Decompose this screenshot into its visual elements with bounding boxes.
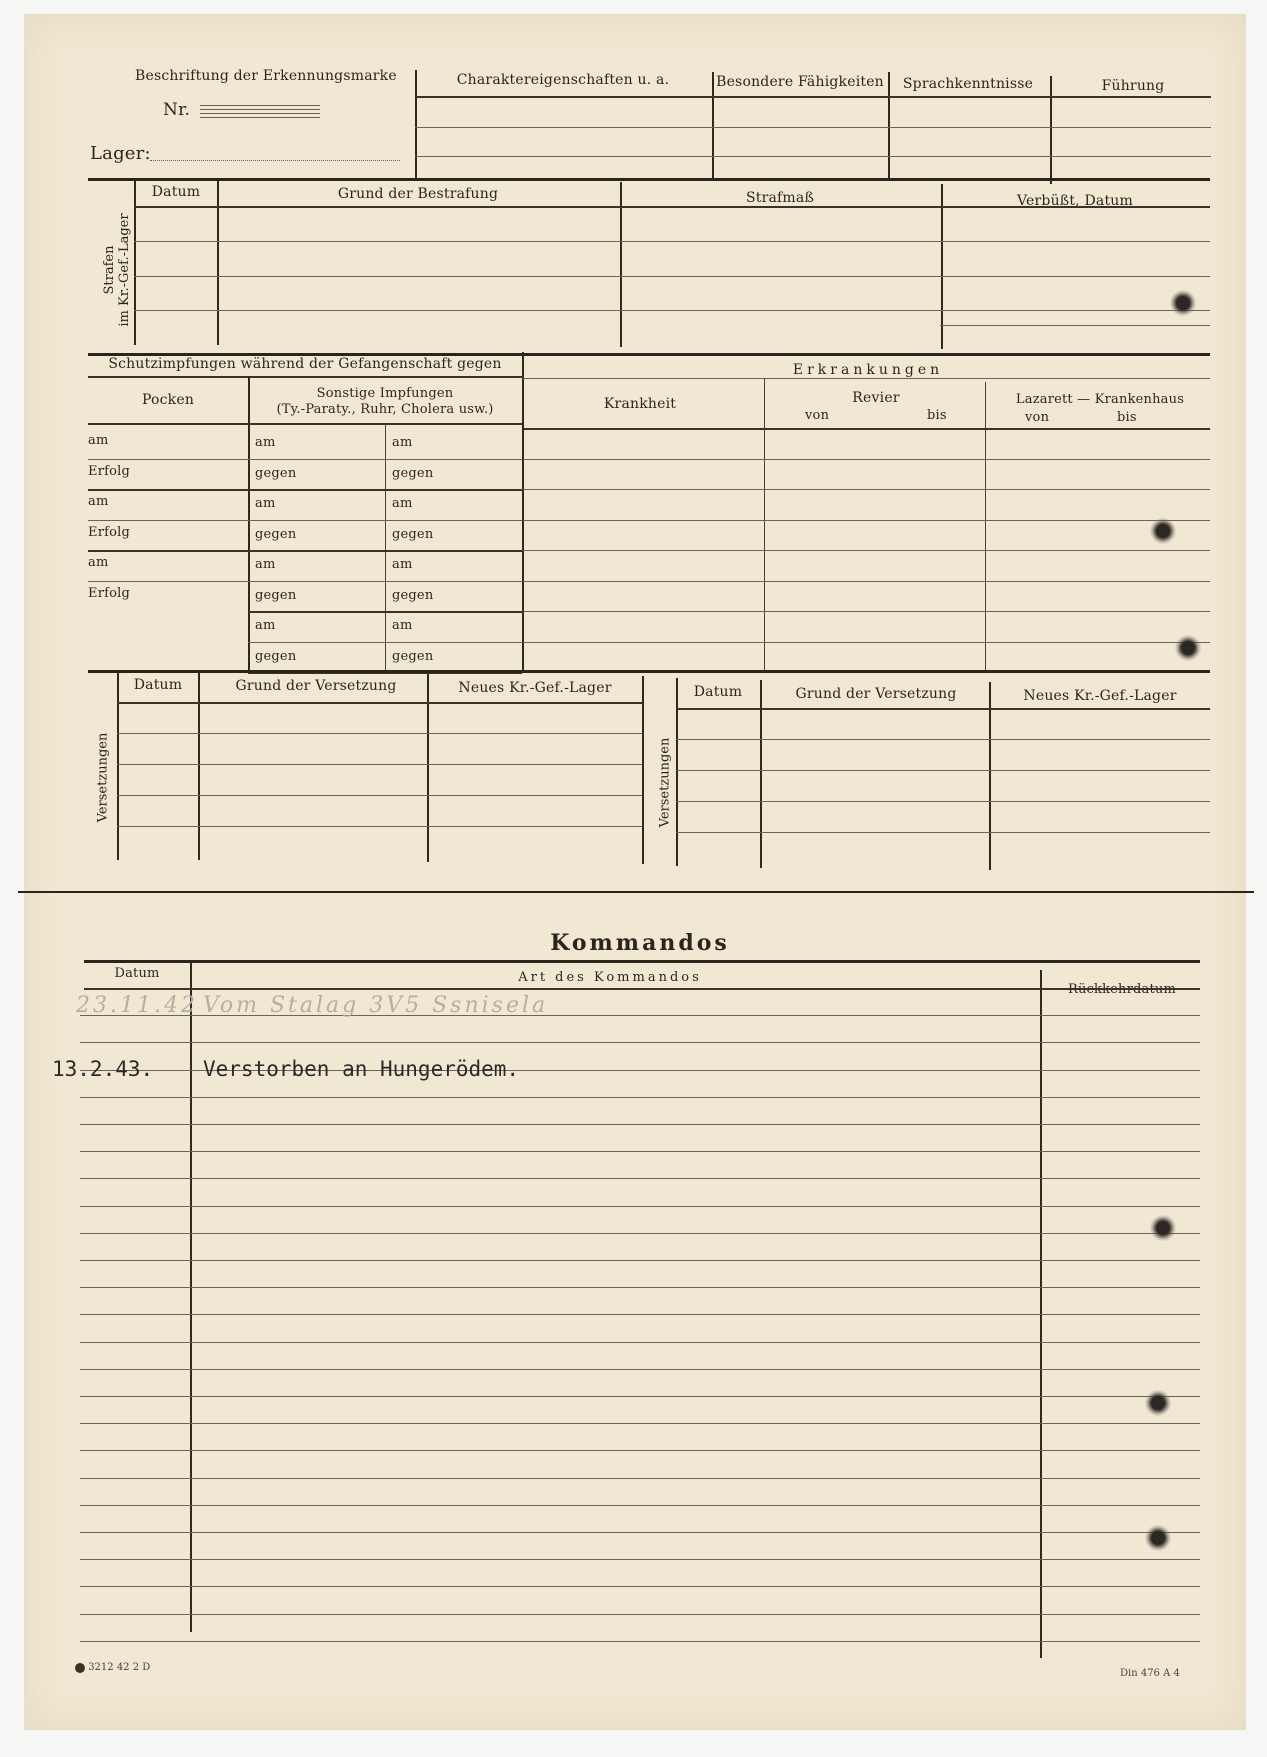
transfer-col-date-right: Datum — [694, 684, 743, 700]
vaccination-other-cell[interactable]: gegen — [255, 588, 296, 603]
kommandos-row[interactable] — [80, 1042, 1200, 1043]
transfer-col-date-left: Datum — [134, 677, 183, 693]
kommandos-entry-date: 13.2.43. — [52, 1057, 153, 1081]
vaccination-other-cell[interactable]: am — [392, 435, 412, 450]
kommandos-row[interactable] — [80, 1450, 1200, 1451]
col-other-vaccinations: Sonstige Impfungen — [317, 386, 454, 401]
lazarett-to-label: bis — [1117, 410, 1137, 425]
kommandos-row[interactable] — [80, 1586, 1200, 1587]
kommandos-entry-text: Verstorben an Hungerödem. — [203, 1057, 519, 1081]
transfer-row[interactable] — [676, 739, 1210, 740]
kommandos-row[interactable] — [80, 1342, 1200, 1343]
nr-label: Nr. — [163, 100, 190, 120]
transfer-row[interactable] — [117, 733, 642, 734]
col-sentence: Strafmaß — [746, 190, 814, 206]
punch-hole — [1170, 290, 1196, 316]
transfer-col-camp-left: Neues Kr.-Gef.-Lager — [458, 680, 611, 696]
transfers-side-label-left: Versetzungen — [96, 723, 111, 833]
illness-row[interactable] — [523, 581, 1210, 582]
col-reason: Grund der Bestrafung — [338, 186, 498, 202]
lazarett-from-label: von — [1025, 410, 1049, 425]
transfer-col-reason-right: Grund der Versetzung — [796, 686, 957, 702]
col-pocken: Pocken — [142, 392, 194, 408]
transfer-col-camp-right: Neues Kr.-Gef.-Lager — [1023, 688, 1176, 704]
punch-hole — [1175, 635, 1201, 661]
vaccination-other-cell[interactable]: am — [392, 618, 412, 633]
form-sheet — [24, 14, 1246, 1730]
vaccination-pocken-cell[interactable]: Erfolg — [88, 464, 130, 479]
vaccination-other-cell[interactable]: am — [255, 496, 275, 511]
vaccination-other-cell[interactable]: gegen — [392, 527, 433, 542]
kommandos-row[interactable] — [80, 1260, 1200, 1261]
revier-to-label: bis — [927, 408, 947, 423]
col-other-vaccinations-note: (Ty.-Paraty., Ruhr, Cholera usw.) — [276, 402, 493, 417]
din-format: Din 476 A 4 — [1120, 1668, 1180, 1679]
illnesses-title: Erkrankungen — [793, 362, 943, 378]
kommandos-row[interactable] — [80, 1124, 1200, 1125]
punch-hole — [1145, 1525, 1171, 1551]
punishments-side-label: Strafenim Kr.-Gef.-Lager — [102, 205, 132, 335]
illness-row[interactable] — [523, 550, 1210, 551]
transfer-row[interactable] — [117, 826, 642, 827]
vaccination-other-cell[interactable]: gegen — [392, 649, 433, 664]
transfer-row[interactable] — [676, 770, 1210, 771]
vaccination-other-cell[interactable]: am — [392, 557, 412, 572]
kommandos-row[interactable] — [80, 1151, 1200, 1152]
transfer-row[interactable] — [676, 801, 1210, 802]
transfer-col-reason-left: Grund der Versetzung — [236, 678, 397, 694]
kommandos-row[interactable] — [80, 1369, 1200, 1370]
nr-field[interactable] — [200, 102, 320, 120]
punch-hole — [1145, 1390, 1171, 1416]
tag-inscription-label: Beschriftung der Erkennungsmarke — [135, 68, 397, 84]
camp-label: Lager: — [90, 143, 151, 164]
vaccination-pocken-cell[interactable]: am — [88, 494, 108, 509]
illness-row[interactable] — [523, 520, 1210, 521]
kommandos-row[interactable] — [80, 1097, 1200, 1098]
col-lazarett: Lazarett — Krankenhaus — [1016, 392, 1184, 407]
punch-hole — [1150, 1215, 1176, 1241]
column-character: Charaktereigenschaften u. a. — [457, 72, 670, 88]
kommandos-entry-date: 23.11.42 — [76, 993, 198, 1018]
transfers-side-label-right: Versetzungen — [658, 728, 673, 838]
vaccination-other-cell[interactable]: gegen — [255, 527, 296, 542]
kommandos-row[interactable] — [80, 1614, 1200, 1615]
illness-row[interactable] — [523, 459, 1210, 460]
kommandos-row[interactable] — [80, 1314, 1200, 1315]
kommandos-row[interactable] — [80, 1505, 1200, 1506]
kommandos-title: Kommandos — [550, 930, 730, 956]
illness-row[interactable] — [523, 642, 1210, 643]
vaccination-pocken-cell[interactable]: am — [88, 555, 108, 570]
kommandos-row[interactable] — [80, 1641, 1200, 1642]
kommandos-row[interactable] — [80, 1396, 1200, 1397]
camp-field[interactable] — [150, 160, 400, 161]
column-special-skills: Besondere Fähigkeiten — [716, 74, 884, 90]
col-date: Datum — [152, 184, 201, 200]
kommandos-row[interactable] — [80, 1559, 1200, 1560]
transfer-row[interactable] — [117, 764, 642, 765]
vaccination-other-cell[interactable]: gegen — [392, 588, 433, 603]
illness-row[interactable] — [523, 489, 1210, 490]
illness-row[interactable] — [523, 611, 1210, 612]
vaccination-other-cell[interactable]: am — [255, 618, 275, 633]
vaccination-pocken-cell[interactable]: Erfolg — [88, 586, 130, 601]
column-languages: Sprachkenntnisse — [903, 76, 1033, 92]
revier-from-label: von — [805, 408, 829, 423]
vaccination-other-cell[interactable]: am — [255, 435, 275, 450]
kommandos-row[interactable] — [80, 1233, 1200, 1234]
vaccination-pocken-cell[interactable]: Erfolg — [88, 525, 130, 540]
col-illness: Krankheit — [604, 396, 676, 412]
punch-hole — [1150, 518, 1176, 544]
kommandos-row[interactable] — [80, 1287, 1200, 1288]
vaccination-other-cell[interactable]: am — [255, 557, 275, 572]
vaccination-other-cell[interactable]: gegen — [392, 466, 433, 481]
kommandos-row[interactable] — [80, 1178, 1200, 1179]
vaccination-other-cell[interactable]: am — [392, 496, 412, 511]
col-revier: Revier — [852, 390, 899, 406]
printer-mark-icon — [75, 1663, 85, 1673]
transfer-row[interactable] — [117, 795, 642, 796]
kommandos-col-date: Datum — [114, 966, 159, 981]
kommandos-row[interactable] — [80, 1206, 1200, 1207]
transfer-row[interactable] — [676, 832, 1210, 833]
kommandos-col-type: Art des Kommandos — [518, 970, 702, 985]
kommandos-row[interactable] — [80, 1532, 1200, 1533]
vaccination-pocken-cell[interactable]: am — [88, 433, 108, 448]
vaccination-other-cell[interactable]: gegen — [255, 649, 296, 664]
kommandos-entry-text: Vom Stalag 3V5 Ssnisela — [203, 993, 548, 1018]
vaccinations-title: Schutzimpfungen während der Gefangenscha… — [108, 356, 501, 372]
kommandos-row[interactable] — [80, 1478, 1200, 1479]
print-code: 3212 42 2 D — [75, 1662, 150, 1673]
vaccination-other-cell[interactable]: gegen — [255, 466, 296, 481]
column-conduct: Führung — [1102, 78, 1165, 94]
kommandos-row[interactable] — [80, 1423, 1200, 1424]
